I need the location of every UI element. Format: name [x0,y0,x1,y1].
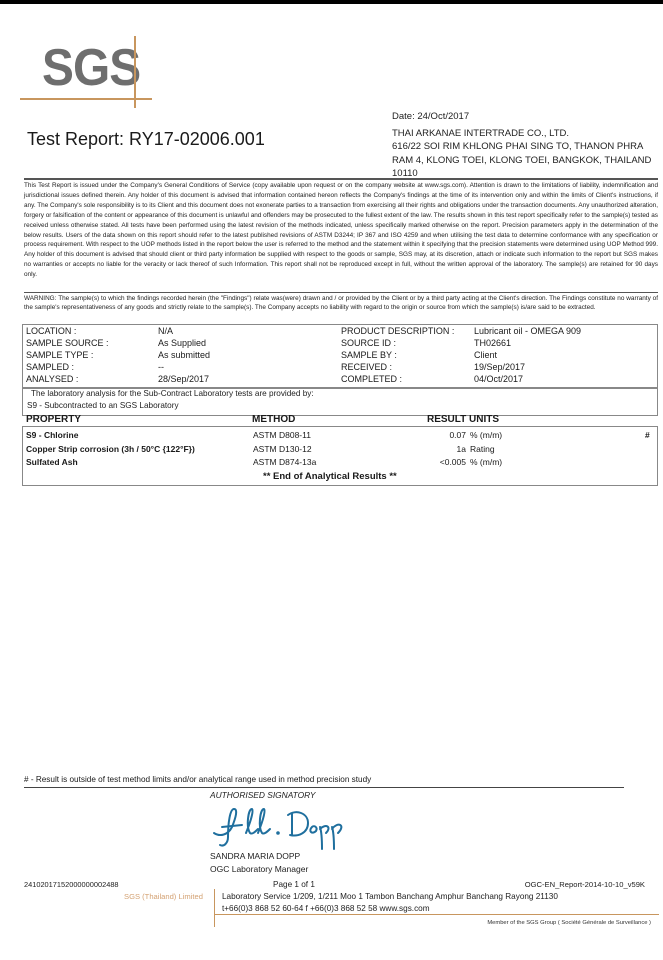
result-method: ASTM D130-12 [253,444,312,454]
info-value: Lubricant oil - OMEGA 909 [474,326,581,336]
info-label: SAMPLED : [26,362,74,372]
sgs-logo: SGS [20,36,160,108]
info-label: RECEIVED : [341,362,392,372]
logo-text: SGS [42,40,140,96]
sgs-group-member-note: Member of the SGS Group ( Société Généra… [487,920,651,926]
outside-range-flag: # [645,430,650,440]
info-value: TH02661 [474,338,511,348]
result-value: 1a [400,444,466,454]
info-label: SAMPLE TYPE : [26,350,93,360]
result-method: ASTM D874-13a [253,457,316,467]
contact-line: t+66(0)3 868 52 60-64 f +66(0)3 868 52 5… [222,903,558,915]
subcontract-intro: The laboratory analysis for the Sub-Cont… [31,389,314,398]
top-border [0,0,663,4]
header-divider [24,178,658,180]
address-line: Laboratory Service 1/209, 1/211 Moo 1 Ta… [222,891,558,903]
method-column-header: METHOD [252,414,295,425]
result-units: % (m/m) [470,457,502,467]
result-method: ASTM D808-11 [253,430,311,440]
signer-name: SANDRA MARIA DOPP [210,851,300,861]
warning-divider [24,292,658,293]
document-id: 24102017152000000002488 [24,880,119,889]
info-value: 19/Sep/2017 [474,362,525,372]
lab-address: Laboratory Service 1/209, 1/211 Moo 1 Ta… [222,891,558,915]
info-label: SAMPLE BY : [341,350,397,360]
info-label: COMPLETED : [341,374,402,384]
client-line: RAM 4, KLONG TOEI, KLONG TOEI, BANGKOK, … [392,154,651,168]
info-value: -- [158,362,164,372]
client-address-block: Date: 24/Oct/2017 THAI ARKANAE INTERTRAD… [392,110,651,181]
result-property: Copper Strip corrosion (3h / 50°C {122°F… [26,444,195,454]
subcontract-lab: S9 - Subcontracted to an SGS Laboratory [27,401,179,410]
result-value: 0.07 [400,430,466,440]
result-units: % (m/m) [470,430,502,440]
footer-vertical-line [214,889,215,927]
info-value: As submitted [158,350,210,360]
info-value: Client [474,350,497,360]
info-label: LOCATION : [26,326,76,336]
info-value: 28/Sep/2017 [158,374,209,384]
template-id: OGC-EN_Report-2014-10-10_v59K [525,880,645,889]
result-property: Sulfated Ash [26,457,78,467]
info-label: PRODUCT DESCRIPTION : [341,326,454,336]
info-label: SAMPLE SOURCE : [26,338,109,348]
authorised-signatory-heading: AUTHORISED SIGNATORY [210,790,315,800]
property-column-header: PROPERTY [26,414,81,425]
info-value: N/A [158,326,173,336]
info-label: ANALYSED : [26,374,78,384]
report-title: Test Report: RY17-02006.001 [27,129,265,150]
signature-image [208,803,358,851]
footnote: # - Result is outside of test method lim… [24,775,371,784]
warning-text: WARNING: The sample(s) to which the find… [24,294,658,313]
info-value: 04/Oct/2017 [474,374,523,384]
result-units-column-header: RESULT UNITS [427,414,499,425]
footnote-divider [24,787,624,788]
client-line: THAI ARKANAE INTERTRADE CO., LTD. [392,127,651,141]
end-of-results: ** End of Analytical Results ** [263,471,397,482]
client-line: 616/22 SOI RIM KHLONG PHAI SING TO, THAN… [392,140,651,154]
logo-vertical-line [134,36,136,108]
result-value: <0.005 [400,457,466,467]
report-date: Date: 24/Oct/2017 [392,110,651,124]
result-property: S9 - Chlorine [26,430,78,440]
logo-horizontal-line [20,98,152,100]
company-name: SGS (Thailand) Limited [124,892,203,901]
info-label: SOURCE ID : [341,338,396,348]
disclaimer-text: This Test Report is issued under the Com… [24,181,658,280]
signer-title: OGC Laboratory Manager [210,864,308,874]
result-units: Rating [470,444,495,454]
info-value: As Supplied [158,338,206,348]
page-number: Page 1 of 1 [273,880,315,889]
